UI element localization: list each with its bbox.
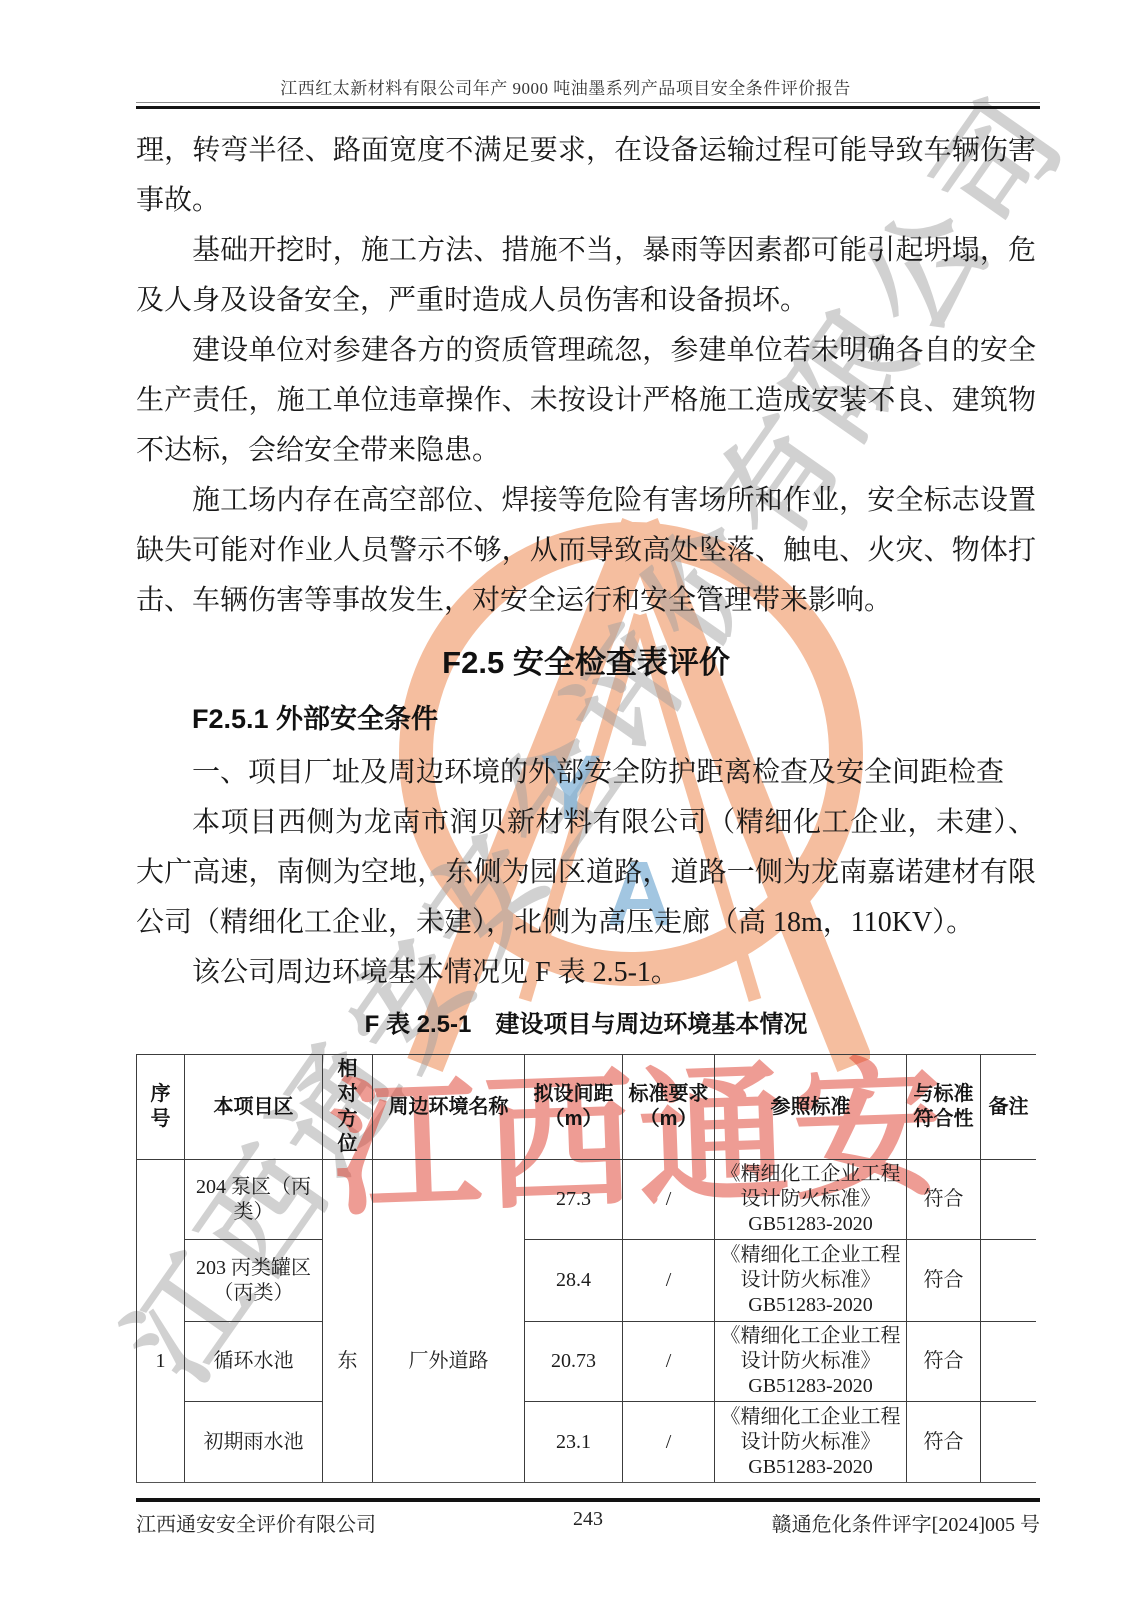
environment-table-wrapper: 序号 本项目区 相对 方位 周边环境名称 拟设间距 （m） 标准要求 （m） 参… xyxy=(136,1054,1036,1483)
cell-direction: 东 xyxy=(323,1160,373,1484)
table-row: 1 204 泵区（丙类） 东 厂外道路 27.3 / 《精细化工企业工程设计防火… xyxy=(137,1160,1037,1240)
cell-env-name: 厂外道路 xyxy=(373,1160,525,1484)
table-row: 循环水池 20.73 / 《精细化工企业工程设计防火标准》GB51283-202… xyxy=(137,1322,1037,1402)
cell-standard: 《精细化工企业工程设计防火标准》GB51283-2020 xyxy=(715,1322,907,1402)
cell-seq: 1 xyxy=(137,1160,185,1484)
cell-requirement: / xyxy=(623,1322,715,1402)
paragraph-construction-unit: 建设单位对参建各方的资质管理疏忽，参建单位若未明确各自的安全生产责任，施工单位违… xyxy=(136,326,1036,476)
paragraph-vehicle-harm: 理，转弯半径、路面宽度不满足要求，在设备运输过程可能导致车辆伤害事故。 xyxy=(136,126,1036,226)
header-rule xyxy=(136,102,1040,109)
cell-remark xyxy=(981,1322,1037,1402)
col-header-reference-standard: 参照标准 xyxy=(715,1055,907,1160)
cell-standard: 《精细化工企业工程设计防火标准》GB51283-2020 xyxy=(715,1240,907,1322)
cell-remark xyxy=(981,1240,1037,1322)
cell-requirement: / xyxy=(623,1402,715,1484)
col-header-remark: 备注 xyxy=(981,1055,1037,1160)
cell-distance: 28.4 xyxy=(525,1240,623,1322)
col-header-env-name: 周边环境名称 xyxy=(373,1055,525,1160)
cell-conformity: 符合 xyxy=(907,1240,981,1322)
paragraph-check-item: 一、项目厂址及周边环境的外部安全防护距离检查及安全间距检查 xyxy=(136,748,1036,798)
col-header-direction: 相对 方位 xyxy=(323,1055,373,1160)
cell-remark xyxy=(981,1160,1037,1240)
cell-requirement: / xyxy=(623,1160,715,1240)
subsection-heading-f2-5-1: F2.5.1 外部安全条件 xyxy=(136,694,1036,744)
cell-remark xyxy=(981,1402,1037,1484)
table-row: 203 丙类罐区（丙类） 28.4 / 《精细化工企业工程设计防火标准》GB51… xyxy=(137,1240,1037,1322)
cell-area: 203 丙类罐区（丙类） xyxy=(185,1240,323,1322)
paragraph-site-hazards: 施工场内存在高空部位、焊接等危险有害场所和作业，安全标志设置缺失可能对作业人员警… xyxy=(136,476,1036,626)
col-header-standard-requirement: 标准要求 （m） xyxy=(623,1055,715,1160)
paragraph-excavation: 基础开挖时，施工方法、措施不当，暴雨等因素都可能引起坍塌，危及人身及设备安全，严… xyxy=(136,226,1036,326)
cell-conformity: 符合 xyxy=(907,1402,981,1484)
section-heading-f2-5: F2.5 安全检查表评价 xyxy=(136,638,1036,688)
cell-conformity: 符合 xyxy=(907,1322,981,1402)
col-header-planned-distance: 拟设间距 （m） xyxy=(525,1055,623,1160)
cell-distance: 23.1 xyxy=(525,1402,623,1484)
col-header-seq: 序号 xyxy=(137,1055,185,1160)
paragraph-surroundings: 本项目西侧为龙南市润贝新材料有限公司（精细化工企业，未建）、大广高速，南侧为空地… xyxy=(136,798,1036,948)
body-content: 理，转弯半径、路面宽度不满足要求，在设备运输过程可能导致车辆伤害事故。 基础开挖… xyxy=(136,126,1036,1483)
col-header-project-area: 本项目区 xyxy=(185,1055,323,1160)
col-header-conformity: 与标准 符合性 xyxy=(907,1055,981,1160)
table-row: 初期雨水池 23.1 / 《精细化工企业工程设计防火标准》GB51283-202… xyxy=(137,1402,1037,1484)
page-header-title: 江西红太新材料有限公司年产 9000 吨油墨系列产品项目安全条件评价报告 xyxy=(0,74,1131,99)
document-page: 江西通安安全评价有限公司 Y A 江西通安 江西红太新材料有限公司年产 9000… xyxy=(0,0,1131,1600)
footer-rule xyxy=(136,1498,1040,1502)
cell-standard: 《精细化工企业工程设计防火标准》GB51283-2020 xyxy=(715,1160,907,1240)
environment-table: 序号 本项目区 相对 方位 周边环境名称 拟设间距 （m） 标准要求 （m） 参… xyxy=(136,1054,1036,1483)
cell-standard: 《精细化工企业工程设计防火标准》GB51283-2020 xyxy=(715,1402,907,1484)
table-header-row: 序号 本项目区 相对 方位 周边环境名称 拟设间距 （m） 标准要求 （m） 参… xyxy=(137,1055,1037,1160)
cell-distance: 27.3 xyxy=(525,1160,623,1240)
cell-distance: 20.73 xyxy=(525,1322,623,1402)
paragraph-table-reference: 该公司周边环境基本情况见 F 表 2.5-1。 xyxy=(136,948,1036,998)
table-caption: F 表 2.5-1 建设项目与周边环境基本情况 xyxy=(136,1008,1036,1042)
cell-area: 204 泵区（丙类） xyxy=(185,1160,323,1240)
cell-area: 初期雨水池 xyxy=(185,1402,323,1484)
cell-requirement: / xyxy=(623,1240,715,1322)
cell-area: 循环水池 xyxy=(185,1322,323,1402)
cell-conformity: 符合 xyxy=(907,1160,981,1240)
footer-doc-number: 赣通危化条件评字[2024]005 号 xyxy=(772,1508,1040,1537)
